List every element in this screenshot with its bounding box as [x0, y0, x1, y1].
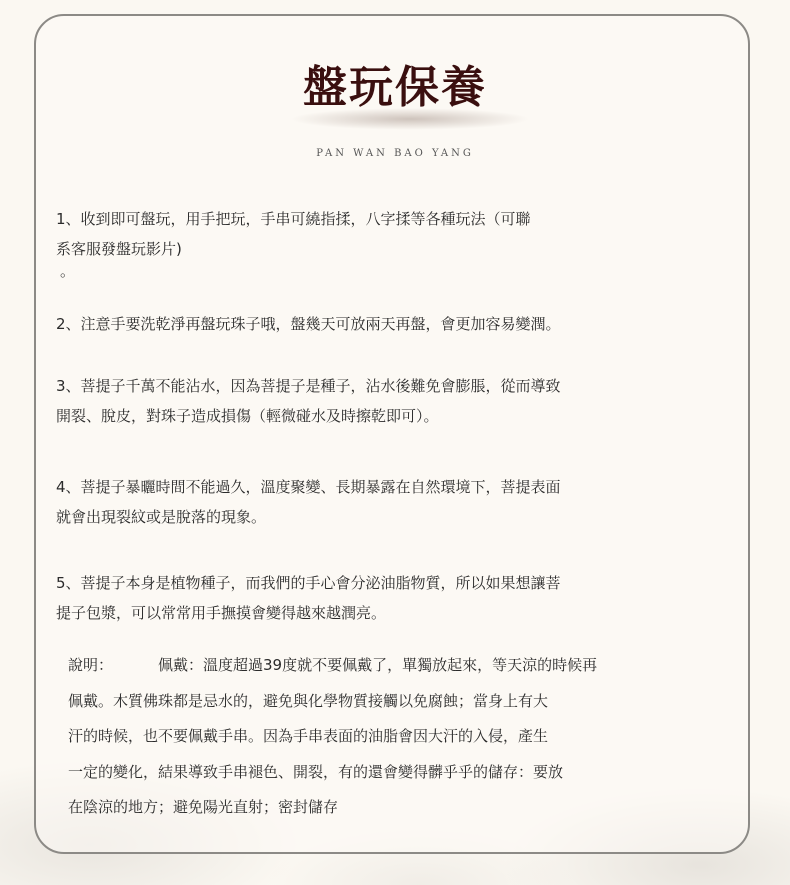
page-title: 盤玩保養 [303, 60, 487, 116]
care-item-3: 3、菩提子千萬不能沾水，因為菩提子是種子，沾水後難免會膨脹，從而導致 開裂、脫皮… [56, 371, 696, 431]
care-note-line-2: 佩戴。木質佛珠都是忌水的，避免與化學物質接觸以免腐蝕；當身上有大 [68, 684, 708, 720]
title-container: 盤玩保養 [0, 60, 790, 116]
care-item-1-line-2: 系客服發盤玩影片) [56, 234, 696, 264]
care-item-5-line-1: 5、菩提子本身是植物種子，而我們的手心會分泌油脂物質，所以如果想讓菩 [56, 568, 696, 598]
care-item-4-line-2: 就會出現裂紋或是脫落的現象。 [56, 502, 696, 532]
care-item-4-line-1: 4、菩提子暴曬時間不能過久，溫度聚變、長期暴露在自然環境下，菩提表面 [56, 472, 696, 502]
page-subtitle: PAN WAN BAO YANG [0, 148, 790, 159]
care-note: 說明：佩戴：溫度超過39度就不要佩戴了，單獨放起來，等天涼的時候再 佩戴。木質佛… [68, 648, 708, 826]
care-item-2-line-1: 2、注意手要洗乾淨再盤玩珠子哦，盤幾天可放兩天再盤，會更加容易變潤。 [56, 309, 696, 339]
care-note-label: 說明： [68, 648, 158, 684]
care-item-5: 5、菩提子本身是植物種子，而我們的手心會分泌油脂物質，所以如果想讓菩 提子包漿，… [56, 568, 696, 628]
care-note-line-4: 一定的變化，結果導致手串褪色、開裂，有的還會變得髒乎乎的儲存：要放 [68, 755, 708, 791]
care-note-line-3: 汗的時候，也不要佩戴手串。因為手串表面的油脂會因大汗的入侵，產生 [68, 719, 708, 755]
care-item-5-line-2: 提子包漿，可以常常用手撫摸會變得越來越潤亮。 [56, 598, 696, 628]
care-item-3-line-2: 開裂、脫皮，對珠子造成損傷（輕微碰水及時擦乾即可）。 [56, 401, 696, 431]
care-item-1-line-3: 。 [56, 264, 696, 278]
care-note-line-5: 在陰涼的地方；避免陽光直射；密封儲存 [68, 790, 708, 826]
care-item-2: 2、注意手要洗乾淨再盤玩珠子哦，盤幾天可放兩天再盤，會更加容易變潤。 [56, 309, 696, 339]
care-item-1: 1、收到即可盤玩，用手把玩，手串可繞指揉，八字揉等各種玩法（可聯 系客服發盤玩影… [56, 204, 696, 278]
care-item-1-line-1: 1、收到即可盤玩，用手把玩，手串可繞指揉，八字揉等各種玩法（可聯 [56, 204, 696, 234]
care-item-4: 4、菩提子暴曬時間不能過久，溫度聚變、長期暴露在自然環境下，菩提表面 就會出現裂… [56, 472, 696, 532]
care-item-3-line-1: 3、菩提子千萬不能沾水，因為菩提子是種子，沾水後難免會膨脹，從而導致 [56, 371, 696, 401]
care-note-line-1: 說明：佩戴：溫度超過39度就不要佩戴了，單獨放起來，等天涼的時候再 [68, 648, 708, 684]
care-note-first-line: 佩戴：溫度超過39度就不要佩戴了，單獨放起來，等天涼的時候再 [158, 656, 597, 674]
